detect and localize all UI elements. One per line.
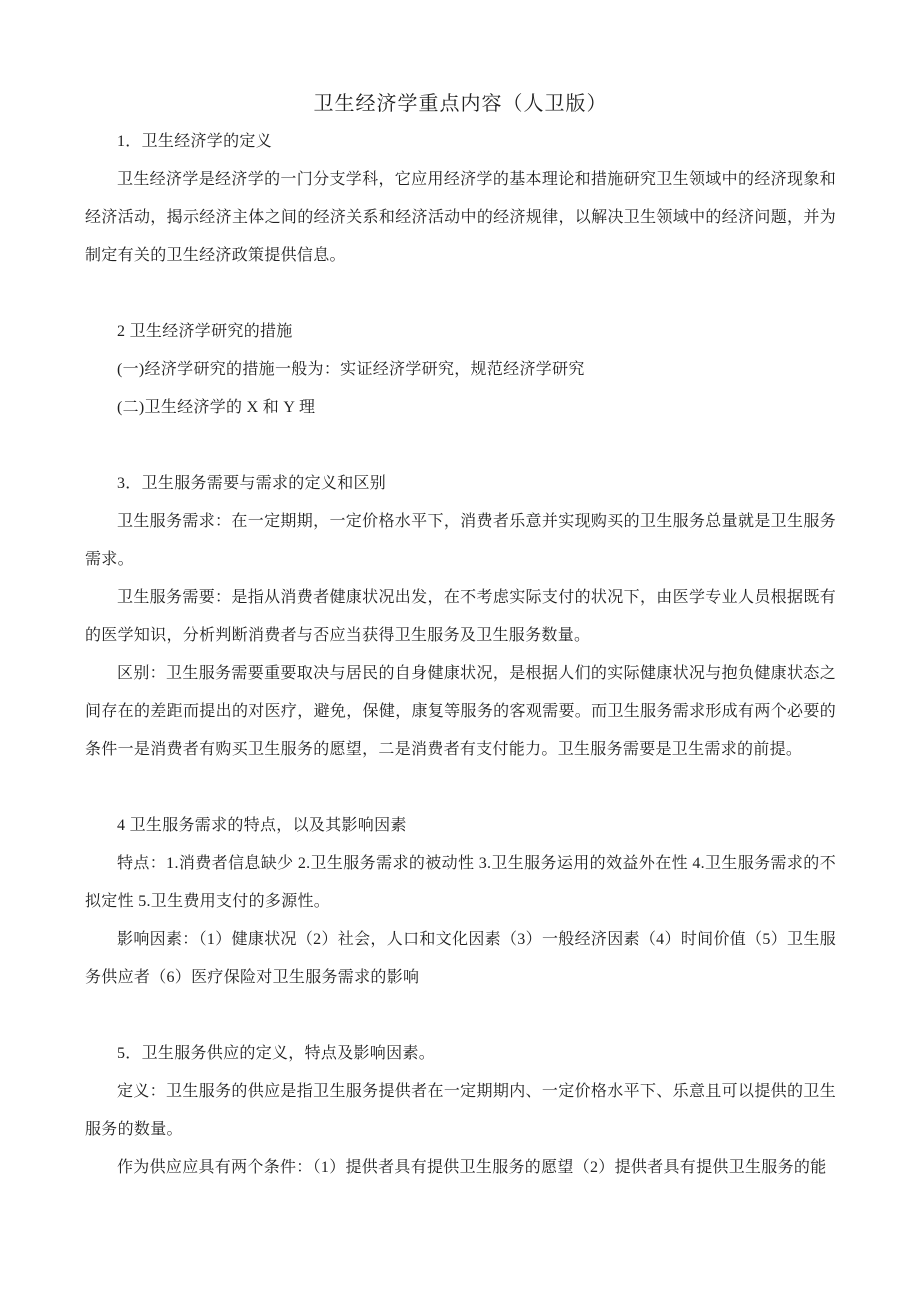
document-title: 卫生经济学重点内容（人卫版） xyxy=(85,85,836,123)
section-heading: 2 卫生经济学研究的措施 xyxy=(85,313,836,351)
paragraph: 卫生服务需要：是指从消费者健康状况出发，在不考虑实际支付的状况下，由医学专业人员… xyxy=(85,579,836,655)
section-3: 3．卫生服务需要与需求的定义和区别卫生服务需求：在一定期期，一定价格水平下，消费… xyxy=(85,465,836,769)
paragraph: 卫生经济学是经济学的一门分支学科，它应用经济学的基本理论和措施研究卫生领域中的经… xyxy=(85,161,836,275)
section-5: 5．卫生服务供应的定义，特点及影响因素。定义：卫生服务的供应是指卫生服务提供者在… xyxy=(85,1035,836,1187)
section-2: 2 卫生经济学研究的措施(一)经济学研究的措施一般为：实证经济学研究，规范经济学… xyxy=(85,313,836,427)
paragraph: (一)经济学研究的措施一般为：实证经济学研究，规范经济学研究 xyxy=(85,351,836,389)
paragraph: 作为供应应具有两个条件：（1）提供者具有提供卫生服务的愿望（2）提供者具有提供卫… xyxy=(85,1149,836,1187)
section-1: 1．卫生经济学的定义卫生经济学是经济学的一门分支学科，它应用经济学的基本理论和措… xyxy=(85,123,836,275)
document-body: 1．卫生经济学的定义卫生经济学是经济学的一门分支学科，它应用经济学的基本理论和措… xyxy=(85,123,836,1187)
section-heading: 4 卫生服务需求的特点，以及其影响因素 xyxy=(85,807,836,845)
section-heading: 1．卫生经济学的定义 xyxy=(85,123,836,161)
paragraph: 特点：1.消费者信息缺少 2.卫生服务需求的被动性 3.卫生服务运用的效益外在性… xyxy=(85,845,836,921)
section-heading: 5．卫生服务供应的定义，特点及影响因素。 xyxy=(85,1035,836,1073)
paragraph: 区别：卫生服务需要重要取决与居民的自身健康状况，是根据人们的实际健康状况与抱负健… xyxy=(85,655,836,769)
paragraph: 卫生服务需求：在一定期期，一定价格水平下，消费者乐意并实现购买的卫生服务总量就是… xyxy=(85,503,836,579)
document-page: 卫生经济学重点内容（人卫版） 1．卫生经济学的定义卫生经济学是经济学的一门分支学… xyxy=(0,0,920,1302)
section-heading: 3．卫生服务需要与需求的定义和区别 xyxy=(85,465,836,503)
section-4: 4 卫生服务需求的特点，以及其影响因素特点：1.消费者信息缺少 2.卫生服务需求… xyxy=(85,807,836,997)
paragraph: 影响因素：（1）健康状况（2）社会，人口和文化因素（3）一般经济因素（4）时间价… xyxy=(85,921,836,997)
paragraph: 定义：卫生服务的供应是指卫生服务提供者在一定期期内、一定价格水平下、乐意且可以提… xyxy=(85,1073,836,1149)
paragraph: (二)卫生经济学的 X 和 Y 理 xyxy=(85,389,836,427)
